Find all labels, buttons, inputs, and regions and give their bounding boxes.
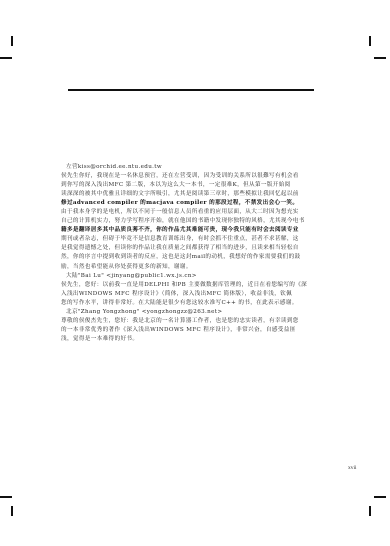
- letter-line: 侯先生，您好：以前我一直是用DELPHI 和PB 主要做数据库管理的，近日在看您…: [61, 281, 341, 290]
- letter-line: 自己的计算机实力，努力学写程序开始，就在他国的书籍中发现你独特的风格，尤其现今电…: [61, 217, 341, 226]
- reader-letters: 左营kiss@orchid.ee.ntu.edu.tw 侯先生你好，我现在是一名…: [61, 163, 341, 344]
- letter-line: 期刊或者杂志，但碍于毕竟不是信息教育训练出身，有时会抓不住重点，甚者不求甚解，这: [61, 235, 341, 244]
- document-page: 左营kiss@orchid.ee.ntu.edu.tw 侯先生你好，我现在是一名…: [0, 0, 390, 546]
- letter-line: 的一本非常优秀的著作《深入浅出WINDOWS MFC 程序设计》，非常兴奋，自感…: [61, 326, 341, 335]
- letter-line: 到你写的深入浅出MFC 第二版，本以为这么大一本书，一定很难K，但从第一版开始阅: [61, 181, 341, 190]
- crop-mark-top-right-horizontal: [374, 57, 386, 59]
- letter-line: 是我觉得遗憾之处，但读你的作品让我在质量之间都获得了相当的进步，且读来相当轻松自: [61, 244, 341, 253]
- letter-sender: 北京"Zhang Yongzhong" <yongzhongzz@263.net…: [61, 308, 341, 317]
- letter-line: 籍多是翻译居多其中品质良莠不齐，你的作品尤其难能可贵，现今我只能有时会去阅读专业: [61, 226, 341, 235]
- crop-mark-top-left-horizontal: [0, 57, 12, 59]
- letter-line: 读深深的被其中优雅且详细的文字所吸引，尤其是阅读第三章时，那些模拟让我回忆起以前: [61, 190, 341, 199]
- letter-line: 修过advanced compiler 的macjava compiler 的那…: [61, 199, 341, 208]
- crop-mark-bottom-right-vertical: [369, 506, 371, 516]
- letter-line: 浅，觉得是一本难得的好书。: [61, 335, 341, 344]
- crop-mark-bottom-left-horizontal: [0, 496, 12, 498]
- letter-line: 侯先生你好，我现在是一名休息预官，还在左营受训，因为受训的关系所以很難写有机会看: [61, 172, 341, 181]
- letter-sender: 大陆"Bai Lu" <jinyang@public1.wx.js.cn>: [61, 272, 341, 281]
- header-rule: [68, 89, 314, 91]
- crop-mark-bottom-right-horizontal: [374, 496, 386, 498]
- letter-line: 然，你的序言中提到收到读者的反应，这也是这封mail的动机，我想好的作家需要我们…: [61, 253, 341, 262]
- letter-line: 由于我本身学的是电机，所以不同于一般信息人员所看重的应用层面，从大二时因为想充实: [61, 208, 341, 217]
- crop-mark-top-left-vertical: [11, 36, 13, 46]
- letter-sender: 左营kiss@orchid.ee.ntu.edu.tw: [61, 163, 341, 172]
- letter-line: 励，当然也希望能从你处获得更多的新知，谢谢。: [61, 263, 341, 272]
- letter-line: 尊敬的侯俊杰先生，您好：我是北京的一名计算器工作者，也是您的忠实读者，有幸读到您: [61, 317, 341, 326]
- letter-line: 您的写作水平，讲得非常好。在大陆能是很少有您这较水准写C++ 的书，在此表示感谢…: [61, 299, 341, 308]
- crop-mark-top-right-vertical: [369, 36, 371, 46]
- letter-line: 入浅出WINDOWS MFC 程序设计》（简体，深入浅出MFC 简体版），收益非…: [61, 290, 341, 299]
- crop-mark-bottom-left-vertical: [11, 506, 13, 516]
- page-number: xvii: [348, 465, 357, 471]
